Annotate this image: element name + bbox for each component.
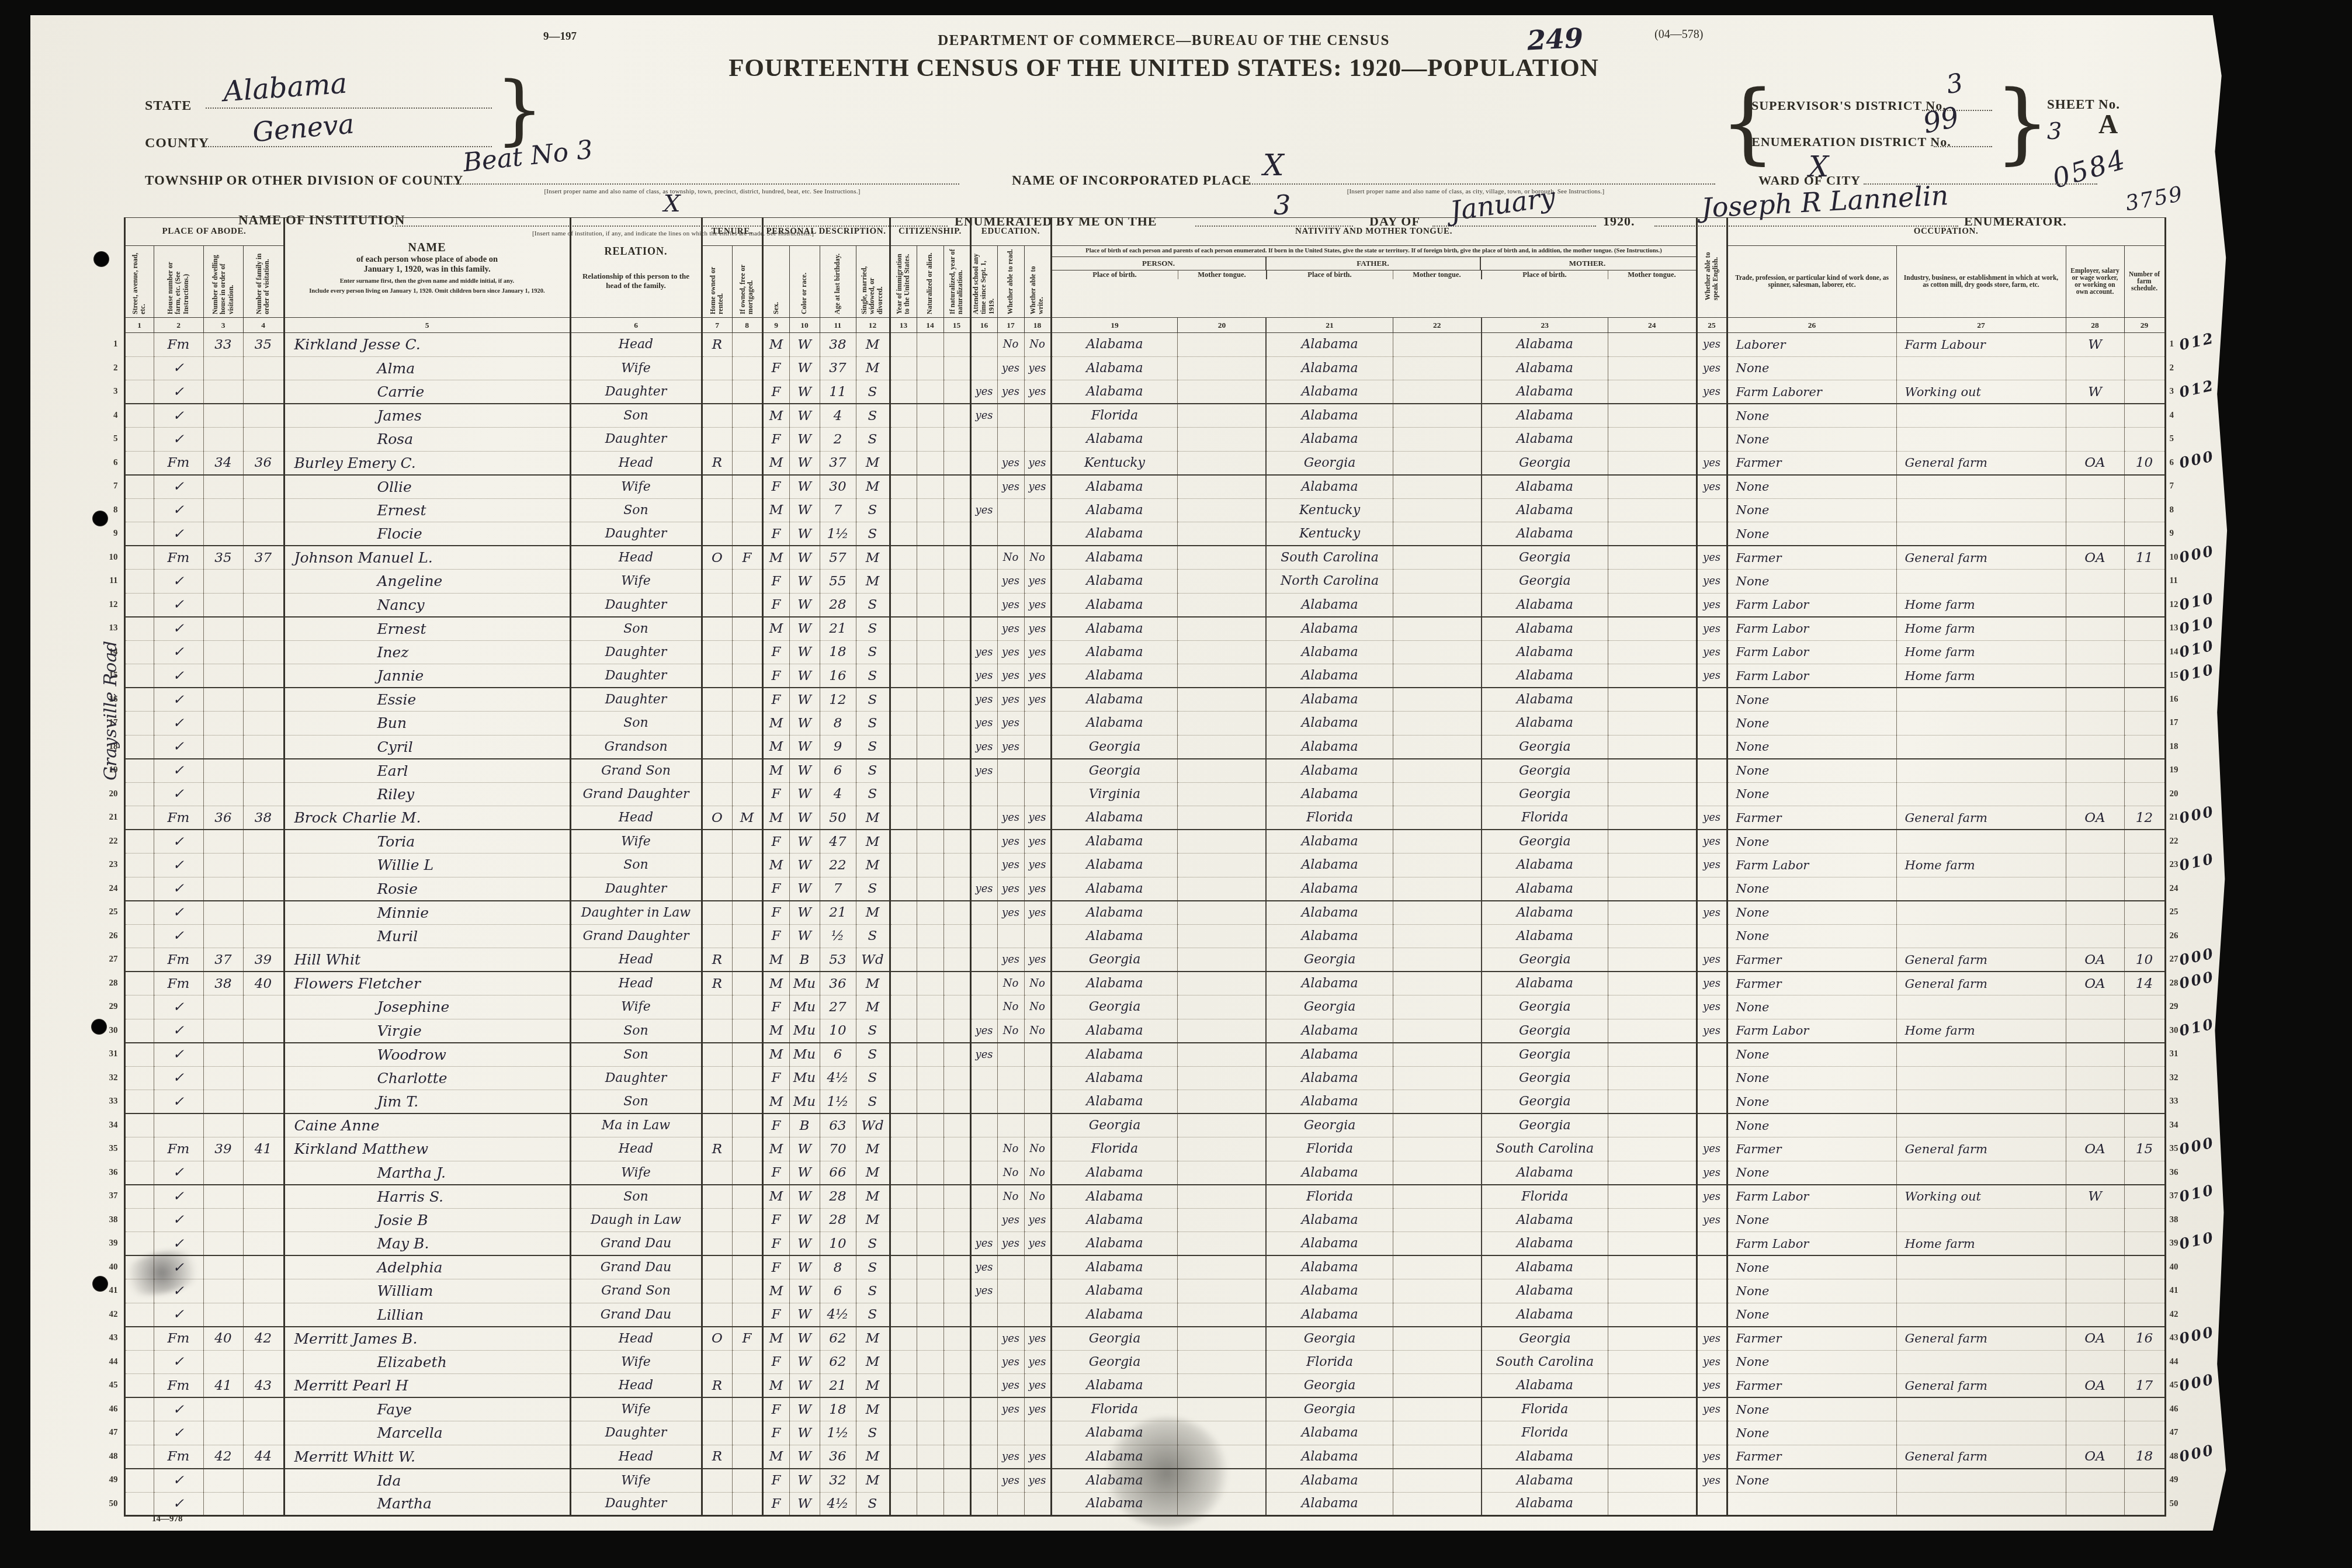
cell-attended-school bbox=[970, 451, 997, 475]
column-name-header: NAME of each person whose place of abode… bbox=[284, 218, 570, 318]
cell-naturalized bbox=[917, 1421, 943, 1445]
cell-person-mother-tongue bbox=[1178, 1113, 1266, 1137]
cell-relation: Wife bbox=[570, 995, 702, 1019]
cell-industry bbox=[1896, 830, 2066, 854]
cell-person-mother-tongue bbox=[1178, 333, 1266, 357]
cell-sex: M bbox=[762, 759, 789, 783]
cell-relation: Daughter bbox=[570, 1421, 702, 1445]
cell-relation: Wife bbox=[570, 356, 702, 380]
column-29-header: Number of farm schedule. bbox=[2124, 246, 2165, 318]
cell-father-mother-tongue bbox=[1393, 1421, 1481, 1445]
cell-marital-status: Wd bbox=[856, 948, 890, 972]
cell-industry: Working out bbox=[1896, 380, 2066, 404]
group-education: EDUCATION. bbox=[970, 218, 1051, 246]
cell-farm-schedule bbox=[2124, 688, 2165, 712]
cell-color-race: W bbox=[789, 1279, 820, 1303]
census-row: 21 Fm 36 38 Brock Charlie M. Head O M M … bbox=[98, 806, 2215, 830]
cell-mother-mother-tongue bbox=[1608, 1255, 1697, 1279]
cell-mother-birthplace: Georgia bbox=[1482, 1066, 1608, 1090]
cell-occupation: None bbox=[1727, 901, 1896, 925]
cell-farm-schedule bbox=[2124, 924, 2165, 948]
cell-industry: General farm bbox=[1896, 1374, 2066, 1398]
cell-person-mother-tongue bbox=[1178, 1019, 1266, 1043]
cell-age: 47 bbox=[820, 830, 856, 854]
cell-family-number bbox=[243, 404, 284, 428]
cell-free-mortgaged bbox=[732, 1492, 762, 1516]
cell-naturalized bbox=[917, 1113, 943, 1137]
cell-father-birthplace: Alabama bbox=[1266, 475, 1393, 499]
cell-speaks-english: yes bbox=[1697, 593, 1727, 617]
cell-naturalization-year bbox=[943, 1161, 970, 1185]
cell-naturalization-year bbox=[943, 475, 970, 499]
cell-mother-birthplace: Alabama bbox=[1482, 522, 1608, 546]
page-stamp-249: 249 bbox=[1527, 22, 1584, 57]
cell-able-to-write bbox=[1024, 1066, 1051, 1090]
cell-mother-mother-tongue bbox=[1608, 593, 1697, 617]
column-7-header: Home owned or rented. bbox=[702, 246, 732, 318]
right-line-number: 14 bbox=[2170, 647, 2178, 657]
cell-family-number bbox=[243, 1469, 284, 1493]
cell-occupation: None bbox=[1727, 830, 1896, 854]
cell-mother-birthplace: Alabama bbox=[1482, 1232, 1608, 1256]
cell-naturalization-year bbox=[943, 924, 970, 948]
cell-able-to-write: yes bbox=[1024, 617, 1051, 641]
cell-able-to-read: yes bbox=[997, 1469, 1024, 1493]
cell-mother-birthplace: Alabama bbox=[1482, 1208, 1608, 1232]
cell-farm-schedule bbox=[2124, 1019, 2165, 1043]
cell-house-farm: ✓ bbox=[154, 1185, 203, 1209]
right-line-number: 30 bbox=[2170, 1026, 2178, 1035]
column-17-header: Whether able to read. bbox=[997, 246, 1024, 318]
cell-person-mother-tongue bbox=[1178, 356, 1266, 380]
cell-mother-birthplace: Georgia bbox=[1482, 995, 1608, 1019]
cell-relation: Daughter in Law bbox=[570, 901, 702, 925]
cell-relation: Daughter bbox=[570, 380, 702, 404]
cell-father-mother-tongue bbox=[1393, 782, 1481, 806]
cell-home-owned bbox=[702, 522, 732, 546]
cell-industry: General farm bbox=[1896, 806, 2066, 830]
left-line-number: 23 bbox=[98, 854, 124, 877]
cell-farm-schedule bbox=[2124, 617, 2165, 641]
cell-industry bbox=[1896, 1161, 2066, 1185]
cell-able-to-read: yes bbox=[997, 451, 1024, 475]
cell-home-owned bbox=[702, 854, 732, 877]
column-number: 7 bbox=[702, 318, 732, 333]
cell-able-to-read: yes bbox=[997, 1208, 1024, 1232]
cell-naturalization-year bbox=[943, 498, 970, 522]
cell-mother-birthplace: Georgia bbox=[1482, 1019, 1608, 1043]
cell-dwelling-number: 35 bbox=[203, 546, 243, 570]
cell-occupation: None bbox=[1727, 475, 1896, 499]
cell-father-mother-tongue bbox=[1393, 1066, 1481, 1090]
cell-able-to-write: yes bbox=[1024, 1469, 1051, 1493]
cell-free-mortgaged bbox=[732, 1374, 762, 1398]
cell-farm-schedule bbox=[2124, 1350, 2165, 1374]
cell-person-birthplace: Florida bbox=[1051, 1137, 1178, 1161]
cell-sex: M bbox=[762, 498, 789, 522]
cell-person-mother-tongue bbox=[1178, 1327, 1266, 1351]
cell-speaks-english: yes bbox=[1697, 451, 1727, 475]
cell-employment-class bbox=[2066, 995, 2124, 1019]
column-number: 18 bbox=[1024, 318, 1051, 333]
cell-attended-school: yes bbox=[970, 1019, 997, 1043]
cell-mother-birthplace: Florida bbox=[1482, 1421, 1608, 1445]
cell-house-farm: ✓ bbox=[154, 593, 203, 617]
cell-naturalization-year bbox=[943, 451, 970, 475]
cell-able-to-read: yes bbox=[997, 664, 1024, 688]
cell-color-race: W bbox=[789, 570, 820, 594]
cell-home-owned bbox=[702, 1019, 732, 1043]
census-row: 18 ✓ Cyril Grandson M W 9 S yes yes Geo bbox=[98, 735, 2215, 759]
right-line-number: 28 bbox=[2170, 979, 2178, 988]
cell-street bbox=[124, 735, 154, 759]
cell-name: Brock Charlie M. bbox=[284, 806, 570, 830]
left-line-number: 31 bbox=[98, 1043, 124, 1067]
cell-relation: Wife bbox=[570, 1350, 702, 1374]
right-line-number: 48 bbox=[2170, 1452, 2178, 1461]
cell-age: 6 bbox=[820, 1279, 856, 1303]
cell-free-mortgaged bbox=[732, 924, 762, 948]
cell-color-race: W bbox=[789, 428, 820, 452]
cell-sex: F bbox=[762, 1255, 789, 1279]
cell-person-mother-tongue bbox=[1178, 877, 1266, 901]
cell-mother-birthplace: Georgia bbox=[1482, 1113, 1608, 1137]
cell-person-birthplace: Alabama bbox=[1051, 475, 1178, 499]
cell-dwelling-number bbox=[203, 735, 243, 759]
left-line-number: 49 bbox=[98, 1469, 124, 1493]
cell-relation: Grand Dau bbox=[570, 1255, 702, 1279]
cell-free-mortgaged bbox=[732, 995, 762, 1019]
cell-farm-schedule bbox=[2124, 475, 2165, 499]
cell-color-race: Mu bbox=[789, 1019, 820, 1043]
cell-able-to-write: yes bbox=[1024, 1374, 1051, 1398]
census-row: 13 ✓ Ernest Son M W 21 S yes yes Alabam bbox=[98, 617, 2215, 641]
left-line-number: 50 bbox=[98, 1492, 124, 1516]
left-line-number: 29 bbox=[98, 995, 124, 1019]
cell-street bbox=[124, 759, 154, 783]
left-line-number: 33 bbox=[98, 1090, 124, 1114]
cell-house-farm: ✓ bbox=[154, 1350, 203, 1374]
cell-able-to-write: yes bbox=[1024, 854, 1051, 877]
cell-age: 66 bbox=[820, 1161, 856, 1185]
right-line-number: 10 bbox=[2170, 553, 2178, 562]
cell-house-farm: ✓ bbox=[154, 380, 203, 404]
cell-farm-schedule bbox=[2124, 356, 2165, 380]
cell-home-owned bbox=[702, 1303, 732, 1327]
right-line-number: 36 bbox=[2170, 1168, 2178, 1177]
cell-mother-birthplace: Georgia bbox=[1482, 830, 1608, 854]
cell-color-race: W bbox=[789, 498, 820, 522]
cell-family-number bbox=[243, 1279, 284, 1303]
census-row: 30 ✓ Virgie Son M Mu 10 S yes No No Alab bbox=[98, 1019, 2215, 1043]
cell-street bbox=[124, 1066, 154, 1090]
cell-relation: Son bbox=[570, 712, 702, 736]
cell-sex: F bbox=[762, 1113, 789, 1137]
form-code: 9—197 bbox=[543, 30, 577, 43]
cell-able-to-read bbox=[997, 498, 1024, 522]
cell-mother-birthplace: Alabama bbox=[1482, 404, 1608, 428]
cell-naturalization-year bbox=[943, 1421, 970, 1445]
cell-free-mortgaged bbox=[732, 356, 762, 380]
margin-stamp: 000 bbox=[2177, 1370, 2216, 1394]
census-row: 29 ✓ Josephine Wife F Mu 27 M No No Geo bbox=[98, 995, 2215, 1019]
cell-street bbox=[124, 712, 154, 736]
cell-age: 53 bbox=[820, 948, 856, 972]
cell-relation: Daugh in Law bbox=[570, 1208, 702, 1232]
cell-street bbox=[124, 593, 154, 617]
column-number: 6 bbox=[570, 318, 702, 333]
cell-mother-birthplace: Alabama bbox=[1482, 901, 1608, 925]
cell-name: Jannie bbox=[284, 664, 570, 688]
cell-color-race: W bbox=[789, 735, 820, 759]
cell-employment-class bbox=[2066, 1492, 2124, 1516]
right-line-number-cell: 8 bbox=[2165, 498, 2215, 522]
column-12-header: Single, married, widowed, or divorced. bbox=[856, 246, 890, 318]
cell-name: Burley Emery C. bbox=[284, 451, 570, 475]
cell-house-farm: ✓ bbox=[154, 995, 203, 1019]
cell-street bbox=[124, 498, 154, 522]
cell-able-to-read: yes bbox=[997, 570, 1024, 594]
cell-street bbox=[124, 428, 154, 452]
cell-family-number bbox=[243, 901, 284, 925]
cell-free-mortgaged bbox=[732, 854, 762, 877]
cell-name: William bbox=[284, 1279, 570, 1303]
cell-able-to-read bbox=[997, 404, 1024, 428]
cell-relation: Son bbox=[570, 617, 702, 641]
right-line-number: 38 bbox=[2170, 1215, 2178, 1224]
cell-sex: M bbox=[762, 1019, 789, 1043]
cell-attended-school bbox=[970, 1327, 997, 1351]
page-title: FOURTEENTH CENSUS OF THE UNITED STATES: … bbox=[580, 54, 1748, 82]
cell-able-to-read: yes bbox=[997, 380, 1024, 404]
cell-person-mother-tongue bbox=[1178, 924, 1266, 948]
cell-industry: General farm bbox=[1896, 546, 2066, 570]
census-sheet: 9—197 DEPARTMENT OF COMMERCE—BUREAU OF T… bbox=[30, 15, 2228, 1531]
cell-farm-schedule: 12 bbox=[2124, 806, 2165, 830]
cell-relation: Son bbox=[570, 404, 702, 428]
left-line-number: 22 bbox=[98, 830, 124, 854]
cell-person-birthplace: Kentucky bbox=[1051, 451, 1178, 475]
census-row: 9 ✓ Flocie Daughter F W 1½ S Alabama bbox=[98, 522, 2215, 546]
column-18-header: Whether able to write. bbox=[1024, 246, 1051, 318]
cell-able-to-write: No bbox=[1024, 333, 1051, 357]
cell-able-to-write bbox=[1024, 1113, 1051, 1137]
cell-free-mortgaged bbox=[732, 1303, 762, 1327]
cell-dwelling-number bbox=[203, 356, 243, 380]
cell-dwelling-number bbox=[203, 475, 243, 499]
cell-speaks-english bbox=[1697, 1113, 1727, 1137]
left-line-number: 28 bbox=[98, 972, 124, 995]
cell-color-race: W bbox=[789, 1492, 820, 1516]
cell-able-to-read bbox=[997, 1303, 1024, 1327]
cell-color-race: W bbox=[789, 1469, 820, 1493]
census-row: 14 ✓ Inez Daughter F W 18 S yes yes yes bbox=[98, 640, 2215, 664]
cell-industry bbox=[1896, 1469, 2066, 1493]
cell-age: 7 bbox=[820, 498, 856, 522]
right-line-number-cell: 12010 bbox=[2165, 593, 2215, 617]
cell-father-birthplace: Alabama bbox=[1266, 664, 1393, 688]
margin-stamp: 000 bbox=[2177, 944, 2216, 968]
cell-mother-birthplace: Alabama bbox=[1482, 664, 1608, 688]
cell-mother-birthplace: South Carolina bbox=[1482, 1350, 1608, 1374]
cell-occupation: None bbox=[1727, 1421, 1896, 1445]
cell-mother-mother-tongue bbox=[1608, 995, 1697, 1019]
cell-employment-class bbox=[2066, 617, 2124, 641]
cell-color-race: W bbox=[789, 1374, 820, 1398]
cell-person-mother-tongue bbox=[1178, 1397, 1266, 1421]
cell-mother-mother-tongue bbox=[1608, 1113, 1697, 1137]
cell-employment-class bbox=[2066, 1350, 2124, 1374]
right-line-number-cell: 19 bbox=[2165, 759, 2215, 783]
cell-naturalized bbox=[917, 570, 943, 594]
cell-father-mother-tongue bbox=[1393, 1090, 1481, 1114]
cell-color-race: W bbox=[789, 475, 820, 499]
cell-free-mortgaged bbox=[732, 640, 762, 664]
cell-street bbox=[124, 1445, 154, 1469]
nativity-mother-label: MOTHER. bbox=[1481, 257, 1694, 270]
cell-occupation bbox=[1727, 1492, 1896, 1516]
right-line-number: 34 bbox=[2170, 1121, 2178, 1130]
cell-father-birthplace: Alabama bbox=[1266, 1090, 1393, 1114]
cell-name: Martha bbox=[284, 1492, 570, 1516]
cell-street bbox=[124, 617, 154, 641]
cell-street bbox=[124, 1208, 154, 1232]
cell-person-mother-tongue bbox=[1178, 901, 1266, 925]
cell-person-birthplace: Alabama bbox=[1051, 664, 1178, 688]
sheet-value: 3 bbox=[2047, 118, 2062, 145]
cell-color-race: W bbox=[789, 1350, 820, 1374]
cell-naturalization-year bbox=[943, 380, 970, 404]
cell-farm-schedule bbox=[2124, 1492, 2165, 1516]
cell-name: Johnson Manuel L. bbox=[284, 546, 570, 570]
cell-mother-mother-tongue bbox=[1608, 1397, 1697, 1421]
right-line-number: 39 bbox=[2170, 1239, 2178, 1248]
cell-industry bbox=[1896, 475, 2066, 499]
cell-speaks-english: yes bbox=[1697, 356, 1727, 380]
cell-home-owned bbox=[702, 924, 732, 948]
cell-father-birthplace: Alabama bbox=[1266, 712, 1393, 736]
right-line-number-cell: 36 bbox=[2165, 1161, 2215, 1185]
cell-family-number bbox=[243, 1113, 284, 1137]
cell-immigration-year bbox=[890, 1113, 917, 1137]
cell-age: 28 bbox=[820, 1208, 856, 1232]
column-number: 12 bbox=[856, 318, 890, 333]
cell-free-mortgaged bbox=[732, 688, 762, 712]
cell-occupation: None bbox=[1727, 712, 1896, 736]
cell-person-birthplace: Alabama bbox=[1051, 333, 1178, 357]
state-value: Alabama bbox=[222, 67, 348, 109]
cell-speaks-english: yes bbox=[1697, 1327, 1727, 1351]
cell-speaks-english: yes bbox=[1697, 1350, 1727, 1374]
cell-able-to-read bbox=[997, 924, 1024, 948]
street-column-note: Graysville Road bbox=[100, 523, 127, 780]
cell-sex: F bbox=[762, 428, 789, 452]
cell-father-birthplace: Alabama bbox=[1266, 428, 1393, 452]
cell-naturalized bbox=[917, 1397, 943, 1421]
cell-person-birthplace: Alabama bbox=[1051, 806, 1178, 830]
cell-house-farm: ✓ bbox=[154, 1397, 203, 1421]
cell-industry: Home farm bbox=[1896, 664, 2066, 688]
cell-house-farm: ✓ bbox=[154, 640, 203, 664]
cell-attended-school bbox=[970, 782, 997, 806]
cell-person-birthplace: Alabama bbox=[1051, 428, 1178, 452]
cell-father-mother-tongue bbox=[1393, 1492, 1481, 1516]
cell-father-birthplace: Alabama bbox=[1266, 1492, 1393, 1516]
cell-person-birthplace: Alabama bbox=[1051, 498, 1178, 522]
cell-person-mother-tongue bbox=[1178, 664, 1266, 688]
cell-marital-status: S bbox=[856, 712, 890, 736]
cell-industry bbox=[1896, 1350, 2066, 1374]
cell-able-to-write bbox=[1024, 522, 1051, 546]
cell-occupation: None bbox=[1727, 522, 1896, 546]
cell-mother-mother-tongue bbox=[1608, 948, 1697, 972]
cell-father-birthplace: Georgia bbox=[1266, 995, 1393, 1019]
cell-able-to-write bbox=[1024, 712, 1051, 736]
cell-mother-birthplace: Alabama bbox=[1482, 688, 1608, 712]
cell-immigration-year bbox=[890, 901, 917, 925]
cell-house-farm: ✓ bbox=[154, 854, 203, 877]
right-line-number-cell: 1012 bbox=[2165, 333, 2215, 357]
cell-person-mother-tongue bbox=[1178, 782, 1266, 806]
cell-street bbox=[124, 664, 154, 688]
cell-dwelling-number bbox=[203, 712, 243, 736]
cell-father-birthplace: Kentucky bbox=[1266, 498, 1393, 522]
cell-speaks-english: yes bbox=[1697, 1374, 1727, 1398]
cell-color-race: W bbox=[789, 1421, 820, 1445]
cell-marital-status: M bbox=[856, 972, 890, 995]
cell-person-mother-tongue bbox=[1178, 806, 1266, 830]
cell-age: 16 bbox=[820, 664, 856, 688]
cell-attended-school bbox=[970, 546, 997, 570]
cell-person-birthplace: Florida bbox=[1051, 404, 1178, 428]
margin-stamp: 000 bbox=[2177, 802, 2216, 826]
cell-father-birthplace: Alabama bbox=[1266, 1469, 1393, 1493]
left-line-number: 4 bbox=[98, 404, 124, 428]
cell-attended-school: yes bbox=[970, 688, 997, 712]
margin-stamp: 010 bbox=[2177, 1181, 2216, 1205]
cell-age: 62 bbox=[820, 1350, 856, 1374]
cell-speaks-english: yes bbox=[1697, 1469, 1727, 1493]
cell-mother-birthplace: Alabama bbox=[1482, 877, 1608, 901]
cell-free-mortgaged bbox=[732, 617, 762, 641]
nativity-note: Place of birth of each person and parent… bbox=[1052, 246, 1696, 257]
cell-father-birthplace: Alabama bbox=[1266, 1303, 1393, 1327]
cell-name: Ernest bbox=[284, 498, 570, 522]
cell-naturalization-year bbox=[943, 1137, 970, 1161]
group-occupation: OCCUPATION. bbox=[1727, 218, 2165, 246]
cell-industry bbox=[1896, 877, 2066, 901]
cell-farm-schedule: 16 bbox=[2124, 1327, 2165, 1351]
column-number: 29 bbox=[2124, 318, 2165, 333]
cell-immigration-year bbox=[890, 1208, 917, 1232]
cell-person-mother-tongue bbox=[1178, 617, 1266, 641]
cell-person-mother-tongue bbox=[1178, 972, 1266, 995]
cell-dwelling-number bbox=[203, 428, 243, 452]
cell-attended-school bbox=[970, 1303, 997, 1327]
cell-sex: F bbox=[762, 1066, 789, 1090]
left-line-number: 5 bbox=[98, 428, 124, 452]
cell-dwelling-number bbox=[203, 877, 243, 901]
cell-able-to-read: yes bbox=[997, 1350, 1024, 1374]
cell-attended-school bbox=[970, 1208, 997, 1232]
cell-family-number bbox=[243, 498, 284, 522]
cell-father-mother-tongue bbox=[1393, 995, 1481, 1019]
left-line-number: 45 bbox=[98, 1374, 124, 1398]
cell-home-owned bbox=[702, 759, 732, 783]
cell-person-birthplace: Alabama bbox=[1051, 830, 1178, 854]
cell-age: 38 bbox=[820, 333, 856, 357]
cell-mother-birthplace: Alabama bbox=[1482, 1445, 1608, 1469]
